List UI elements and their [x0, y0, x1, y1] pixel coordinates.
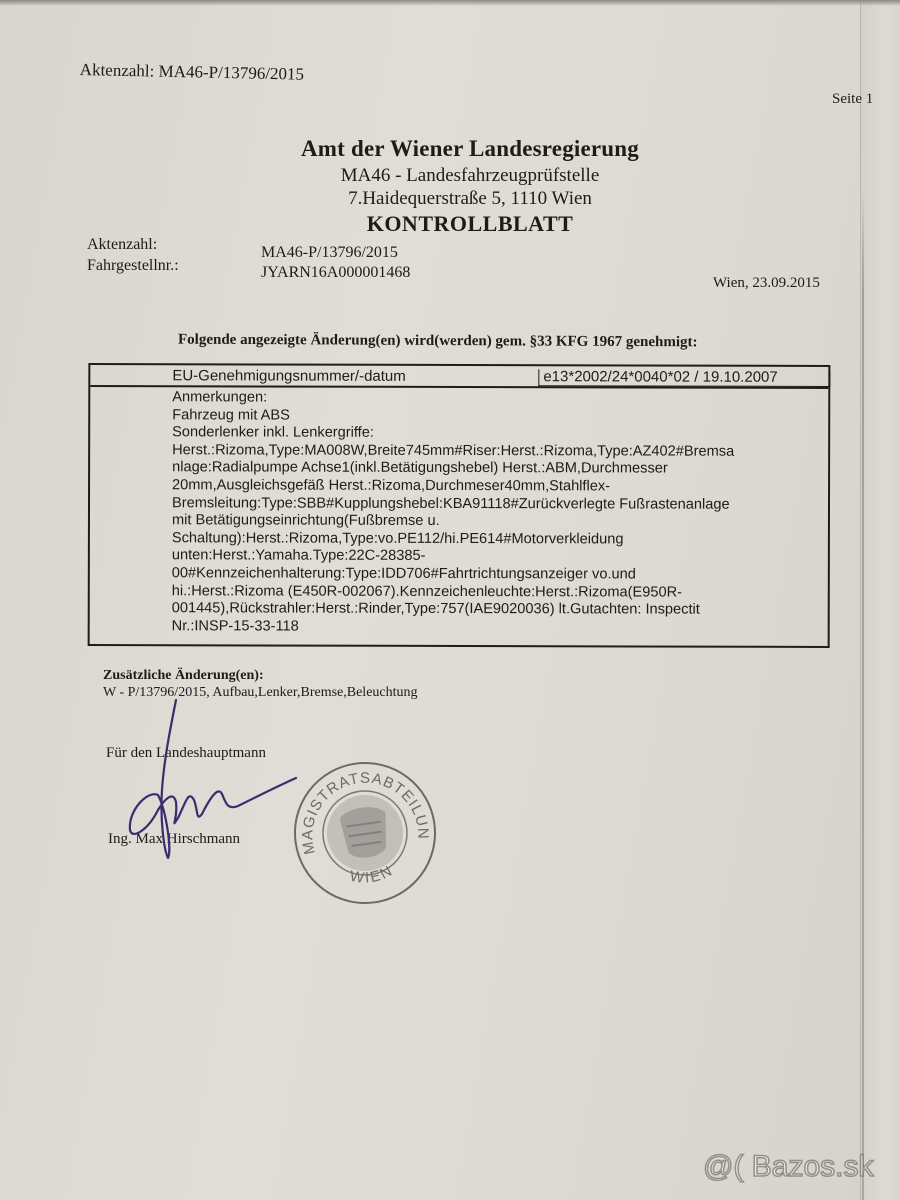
remarks-line: Sonderlenker inkl. Lenkergriffe: [172, 424, 822, 443]
department-name: MA46 - Landesfahrzeugprüfstelle [0, 165, 900, 187]
official-stamp: MAGISTRATSABTEILUNG 46 WIEN [292, 760, 438, 906]
chassis-number-value: JYARN16A000001468 [261, 264, 410, 282]
document-title: KONTROLLBLATT [0, 211, 900, 237]
approval-statement: Folgende angezeigte Änderung(en) wird(we… [178, 332, 698, 352]
eu-approval-row: EU-Genehmigungsnummer/-datum e13*2002/24… [90, 365, 828, 389]
remarks-line: Anmerkungen: [172, 389, 822, 408]
letterhead: Amt der Wiener Landesregierung MA46 - La… [0, 136, 900, 237]
remarks-line: 00#Kennzeichenhalterung:Type:IDD706#Fahr… [172, 565, 822, 584]
watermark: @( Bazos.sk [703, 1150, 874, 1184]
top-edge-shadow [0, 0, 900, 6]
issue-date: Wien, 23.09.2015 [713, 275, 820, 292]
chassis-number-label: Fahrgestellnr.: [87, 257, 179, 275]
handwritten-signature [118, 690, 308, 865]
remarks-line: mit Betätigungseinrichtung(Fußbremse u. [172, 512, 822, 531]
remarks-line: hi.:Herst.:Rizoma (E450R-002067).Kennzei… [172, 583, 822, 602]
approval-table: EU-Genehmigungsnummer/-datum e13*2002/24… [88, 363, 831, 648]
remarks-line: Fahrzeug mit ABS [172, 407, 822, 426]
remarks-line: nlage:Radialpumpe Achse1(inkl.Betätigung… [172, 460, 822, 479]
remarks-line: 001445),Rückstrahler:Herst.:Rinder,Type:… [172, 600, 822, 619]
remarks-line: unten:Herst.:Yamaha.Type:22C-28385- [172, 548, 822, 567]
eu-approval-value: e13*2002/24*0040*02 / 19.10.2007 [543, 368, 777, 386]
paper-fold [862, 190, 864, 1200]
eu-approval-label: EU-Genehmigungsnummer/-datum [172, 367, 405, 385]
remarks-text: Anmerkungen: Fahrzeug mit ABS Sonderlenk… [172, 389, 823, 637]
file-number-value: MA46-P/13796/2015 [261, 244, 398, 262]
remarks-line: 20mm,Ausgleichsgefäß Herst.:Rizoma,Durch… [172, 477, 822, 496]
page-number: Seite 1 [832, 91, 873, 108]
organization-name: Amt der Wiener Landesregierung [0, 136, 900, 162]
additional-changes-label: Zusätzliche Änderung(en): [103, 668, 264, 684]
remarks-line: Bremsleitung:Type:SBB#Kupplungshebel:KBA… [172, 495, 822, 514]
remarks-line: Nr.:INSP-15-33-118 [172, 618, 822, 637]
remarks-line: Herst.:Rizoma,Type:MA008W,Breite745mm#Ri… [172, 442, 822, 461]
department-address: 7.Haidequerstraße 5, 1110 Wien [0, 188, 900, 210]
remarks-line: Schaltung):Herst.:Rizoma,Type:vo.PE112/h… [172, 530, 822, 549]
file-number-label: Aktenzahl: [87, 236, 157, 254]
eu-approval-cell: e13*2002/24*0040*02 / 19.10.2007 [538, 369, 830, 387]
